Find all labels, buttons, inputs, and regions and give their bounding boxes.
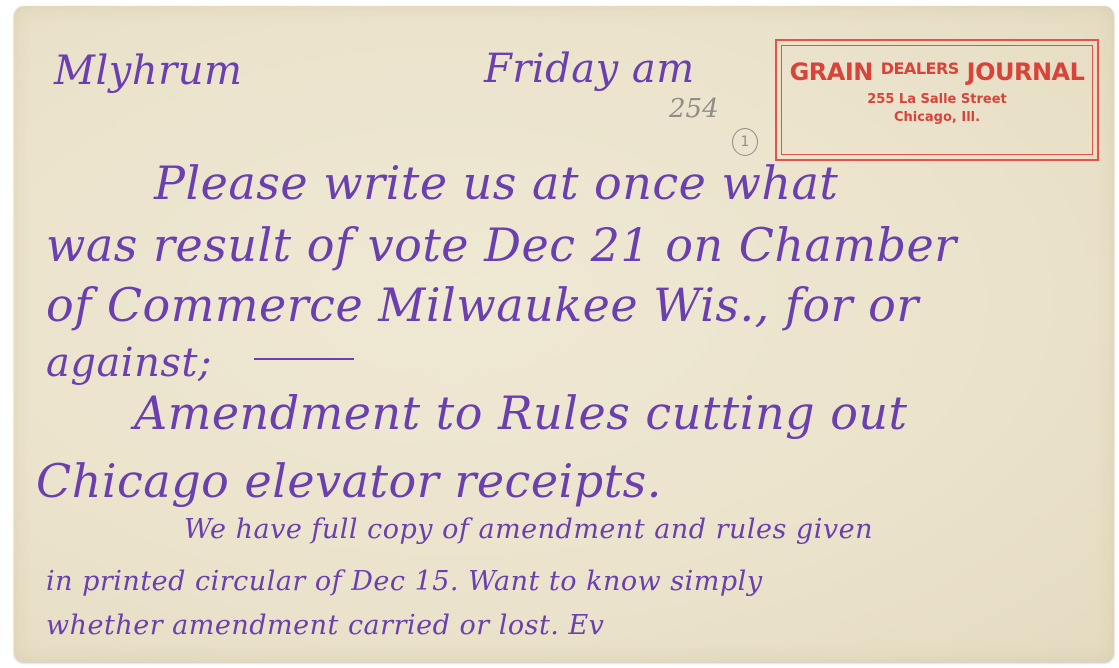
postscript-line-3: whether amendment carried or lost. Ev bbox=[46, 610, 604, 641]
letterhead-title-dealers: DEALERS bbox=[881, 59, 959, 78]
letterhead-title-journal: JOURNAL bbox=[967, 58, 1085, 86]
message-line-1: Please write us at once what bbox=[154, 156, 838, 210]
letterhead-stamp: GRAIN DEALERS JOURNAL 255 La Salle Stree… bbox=[775, 39, 1099, 161]
pencil-file-number: 254 bbox=[669, 94, 719, 124]
postscript-line-1: We have full copy of amendment and rules… bbox=[184, 514, 873, 545]
postcard: GRAIN DEALERS JOURNAL 255 La Salle Stree… bbox=[14, 6, 1114, 662]
letterhead-address: 255 La Salle Street bbox=[782, 92, 1092, 107]
letterhead-title-grain: GRAIN bbox=[790, 58, 873, 86]
recipient-salutation: Mlyhrum bbox=[54, 48, 242, 94]
message-line-4: against; bbox=[46, 340, 212, 386]
message-line-3: of Commerce Milwaukee Wis., for or bbox=[46, 278, 919, 332]
postscript-line-2: in printed circular of Dec 15. Want to k… bbox=[46, 566, 763, 597]
dash-underline bbox=[254, 358, 354, 360]
message-line-6: Chicago elevator receipts. bbox=[36, 454, 662, 508]
message-line-5: Amendment to Rules cutting out bbox=[134, 386, 908, 440]
circled-page-number: 1 bbox=[732, 128, 758, 156]
dateline: Friday am bbox=[484, 46, 695, 92]
message-line-2: was result of vote Dec 21 on Chamber bbox=[46, 218, 957, 272]
letterhead-city: Chicago, Ill. bbox=[782, 110, 1092, 125]
letterhead-inner-border: GRAIN DEALERS JOURNAL 255 La Salle Stree… bbox=[781, 45, 1093, 155]
letterhead-title: GRAIN DEALERS JOURNAL bbox=[782, 58, 1092, 86]
